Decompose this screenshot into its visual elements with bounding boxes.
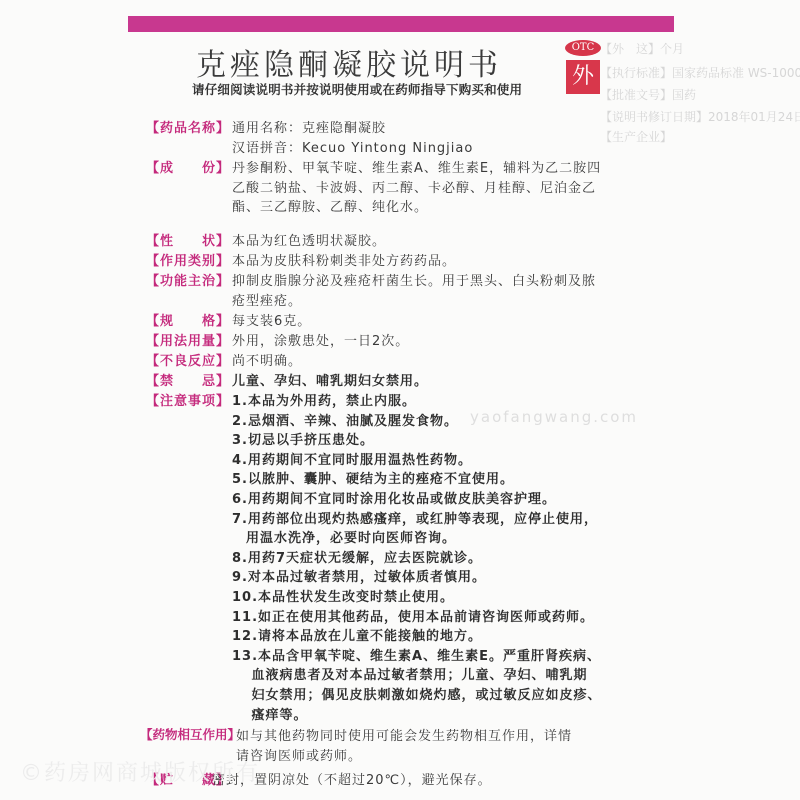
- section-label: 【作用类别】: [146, 250, 230, 269]
- section-line: 2.忌烟酒、辛辣、油腻及腥发食物。: [232, 410, 458, 429]
- section-line: 抑制皮脂腺分泌及痤疮杆菌生长。用于黑头、白头粉刺及脓: [232, 270, 596, 289]
- section-line: 7.用药部位出现灼热感瘙痒，或红肿等表现，应停止使用，: [232, 508, 598, 527]
- section-label: 【禁 忌】: [146, 370, 230, 389]
- watermark-copyright: ©药房网商城版权所有: [20, 756, 260, 787]
- section-line: 13.本品含甲氧苄啶、维生素A、维生素E。严重肝肾疾病、: [232, 645, 601, 664]
- section-line: 如与其他药物同时使用可能会发生药物相互作用，详情: [236, 725, 572, 744]
- section-line: 通用名称：克痤隐酮凝胶: [232, 117, 386, 136]
- section-line: 10.本品性状发生改变时禁止使用。: [232, 586, 454, 605]
- section-line: 儿童、孕妇、哺乳期妇女禁用。: [232, 370, 428, 389]
- section-line: 汉语拼音：Kecuo Yintong Ningjiao: [232, 137, 473, 156]
- document-title: 克痤隐酮凝胶说明书: [196, 40, 502, 84]
- ghost-text: 【执行标准】国家药品标准 WS-10001-(HD-1104)-2000-200…: [600, 64, 800, 81]
- section-line: 本品为红色透明状凝胶。: [232, 230, 386, 249]
- section-label: 【规 格】: [146, 310, 230, 329]
- section-line: 4.用药期间不宜同时服用温热性药物。: [232, 449, 472, 468]
- section-line: 本品为皮肤科粉刺类非处方药药品。: [232, 250, 456, 269]
- section-line: 8.用药7天症状无缓解，应去医院就诊。: [232, 547, 482, 566]
- section-label: 【用法用量】: [146, 330, 230, 349]
- section-line: 疮型痤疮。: [232, 290, 302, 309]
- section-label: 【药物相互作用】: [140, 725, 240, 743]
- section-line: 酯、三乙醇胺、乙醇、纯化水。: [232, 196, 428, 215]
- section-label: 【成 份】: [146, 157, 230, 176]
- section-line: 1.本品为外用药，禁止内服。: [232, 390, 416, 409]
- section-line: 9.对本品过敏者禁用，过敏体质者慎用。: [232, 566, 486, 585]
- section-label: 【功能主治】: [146, 270, 230, 289]
- section-line: 3.切忌以手挤压患处。: [232, 429, 374, 448]
- otc-badge: OTC: [565, 40, 601, 56]
- ghost-text: 【外 这】个月: [600, 40, 684, 57]
- section-line: 瘙痒等。: [232, 704, 308, 723]
- section-line: 11.如正在使用其他药品，使用本品前请咨询医师或药师。: [232, 606, 594, 625]
- watermark-domain: yaofangwang.com: [470, 408, 638, 426]
- section-label: 【药品名称】: [146, 117, 230, 136]
- section-line: 每支装6克。: [232, 310, 311, 329]
- section-line: 血液病患者及对本品过敏者禁用；儿童、孕妇、哺乳期: [232, 664, 588, 683]
- section-line: 用温水洗净，必要时向医师咨询。: [232, 527, 456, 546]
- header-color-bar: [128, 16, 674, 32]
- section-label: 【注意事项】: [146, 390, 230, 409]
- section-line: 12.请将本品放在儿童不能接触的地方。: [232, 625, 482, 644]
- section-line: 乙酸二钠盐、卡波姆、丙二醇、卡必醇、月桂醇、尼泊金乙: [232, 177, 596, 196]
- section-line: 6.用药期间不宜同时涂用化妆品或做皮肤美容护理。: [232, 488, 556, 507]
- external-use-badge: 外: [566, 60, 600, 94]
- document-subtitle: 请仔细阅读说明书并按说明使用或在药师指导下购买和使用: [192, 80, 522, 98]
- section-line: 尚不明确。: [232, 350, 302, 369]
- section-line: 丹参酮粉、甲氧苄啶、维生素A、维生素E，辅料为乙二胺四: [232, 157, 601, 176]
- section-label: 【性 状】: [146, 230, 230, 249]
- ghost-text: 【批准文号】国药: [600, 86, 696, 103]
- section-line: 5.以脓肿、囊肿、硬结为主的痤疮不宜使用。: [232, 468, 514, 487]
- ghost-text: 【说明书修订日期】2018年01月24日: [600, 108, 800, 125]
- ghost-text: 【生产企业】: [600, 128, 672, 145]
- section-line: 外用，涂敷患处，一日2次。: [232, 330, 409, 349]
- section-line: 妇女禁用；偶见皮肤刺激如烧灼感，或过敏反应如皮疹、: [232, 684, 602, 703]
- section-label: 【不良反应】: [146, 350, 230, 369]
